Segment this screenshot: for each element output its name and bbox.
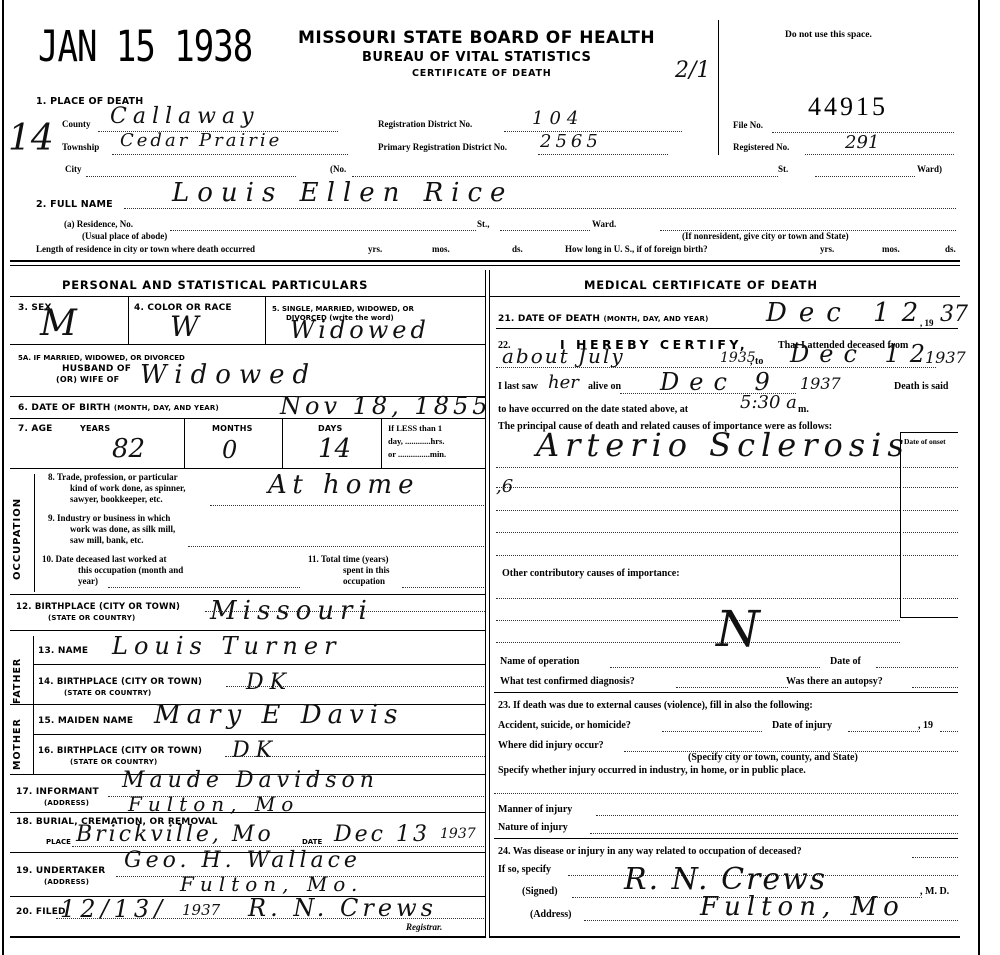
residence-sub: (Usual place of abode) xyxy=(82,231,167,241)
race-marital-divider xyxy=(265,296,266,344)
mother-row-rule xyxy=(33,734,485,735)
time-suffix: m. xyxy=(798,404,809,415)
years-value: 82 xyxy=(112,434,145,464)
file-number: 44915 xyxy=(808,92,888,122)
registrar-label: Registrar. xyxy=(406,922,442,932)
foreign-yrs: yrs. xyxy=(820,244,834,254)
test-line xyxy=(676,687,788,688)
onset-box-top xyxy=(900,432,958,433)
father-birthplace-label: 14. BIRTHPLACE (CITY OR TOWN) xyxy=(38,677,202,687)
signed-label: (Signed) xyxy=(522,886,558,897)
other-line-2 xyxy=(496,620,900,621)
father-row-rule xyxy=(33,664,485,665)
date-of-death-year-prefix: , 19 xyxy=(920,318,934,328)
months-label: MONTHS xyxy=(212,424,253,433)
right-border xyxy=(978,0,980,955)
date-of-death-year: 37 xyxy=(940,302,968,327)
informant-address-label: (ADDRESS) xyxy=(44,799,89,807)
township-value: Cedar Prairie xyxy=(120,130,282,151)
no-label: (No. xyxy=(330,164,346,174)
burial-date: Dec 13 xyxy=(334,822,430,847)
physician-address: Fulton, Mo xyxy=(700,892,905,922)
days-value: 14 xyxy=(318,434,351,464)
cause-line-1b xyxy=(903,467,958,468)
registered-no-value: 291 xyxy=(845,132,879,153)
operation-date-label: Date of xyxy=(830,656,861,667)
column-divider-b xyxy=(489,270,490,938)
operation-line xyxy=(610,667,820,668)
industry-label-c: saw mill, bank, etc. xyxy=(70,535,144,545)
cause-line-4b xyxy=(903,532,958,533)
cause-line-3 xyxy=(496,510,900,511)
medical-heading: MEDICAL CERTIFICATE OF DEATH xyxy=(584,278,818,292)
days-label: DAYS xyxy=(318,424,342,433)
address-label: (Address) xyxy=(530,909,571,920)
informant-line xyxy=(108,796,484,797)
row-rule-3 xyxy=(10,418,485,419)
undertaker-name: Geo. H. Wallace xyxy=(124,848,361,873)
total-time-line xyxy=(402,587,484,588)
registration-district-value: 104 xyxy=(532,108,584,129)
race-value: W xyxy=(170,310,199,343)
father-name-value: Louis Turner xyxy=(112,632,342,660)
mother-name-label: 15. MAIDEN NAME xyxy=(38,716,133,726)
cause-line-2b xyxy=(903,487,958,488)
spouse-value: Widowed xyxy=(140,360,317,390)
dob-label: 6. DATE OF BIRTH (MONTH, DAY, AND YEAR) xyxy=(18,403,219,413)
no-line xyxy=(352,176,778,177)
residence-mos: mos. xyxy=(432,244,450,254)
birthplace-line xyxy=(205,611,485,612)
date-of-death-sub: (MONTH, DAY, AND YEAR) xyxy=(603,315,708,323)
burial-date-label: DATE xyxy=(302,838,322,846)
manner-label: Manner of injury xyxy=(498,804,572,815)
registration-district-label: Registration District No. xyxy=(378,119,472,129)
less-than-day-a: If LESS than 1 xyxy=(388,423,442,433)
township-label: Township xyxy=(62,142,99,152)
autopsy-line xyxy=(912,687,958,688)
personal-heading-rule xyxy=(10,296,485,297)
father-birthplace-sub: (STATE OR COUNTRY) xyxy=(64,689,151,697)
trade-label-b: kind of work done, as spinner, xyxy=(70,483,185,493)
sex-race-divider xyxy=(128,296,129,344)
cause-line-3b xyxy=(903,510,958,511)
foreign-mos: mos. xyxy=(882,244,900,254)
birthplace-sub: (STATE OR COUNTRY) xyxy=(48,614,135,622)
date-of-death-label-text: 21. DATE OF DEATH xyxy=(498,314,600,324)
personal-heading: PERSONAL AND STATISTICAL PARTICULARS xyxy=(62,278,368,292)
filed-year: 1937 xyxy=(182,901,220,919)
county-value: Callaway xyxy=(110,104,260,129)
med-row-rule-1 xyxy=(496,328,958,329)
death-said-label: Death is said xyxy=(894,381,948,392)
dob-sub: (MONTH, DAY, AND YEAR) xyxy=(114,404,219,412)
other-causes-label: Other contributory causes of importance: xyxy=(502,568,680,579)
burial-line xyxy=(72,846,484,847)
medical-heading-rule xyxy=(490,296,960,297)
father-side-label: FATHER xyxy=(12,658,23,704)
marital-label-a: 5. SINGLE, MARRIED, WIDOWED, OR xyxy=(272,305,414,313)
father-name-label: 13. NAME xyxy=(38,646,88,656)
months-value: 0 xyxy=(222,436,237,464)
ward-line xyxy=(815,176,915,177)
med-row-rule-3 xyxy=(494,838,958,839)
occupation-side-label: OCCUPATION xyxy=(12,498,23,580)
operation-label: Name of operation xyxy=(500,656,579,667)
margin-note: 2/1 xyxy=(675,58,710,83)
industry-line xyxy=(188,546,484,547)
where-sub: (Specify city or town, county, and State… xyxy=(688,752,858,763)
spouse-label-b: HUSBAND OF xyxy=(62,364,131,374)
informant-label: 17. INFORMANT xyxy=(16,787,99,797)
left-border xyxy=(2,0,4,955)
city-line xyxy=(86,176,296,177)
sex-value: M xyxy=(40,303,77,344)
date-of-death-value: Dec 12 xyxy=(766,298,930,328)
last-worked-label-b: this occupation (month and xyxy=(78,565,183,575)
birthplace-label: 12. BIRTHPLACE (CITY OR TOWN) xyxy=(16,602,180,612)
trade-label-a: 8. Trade, profession, or particular xyxy=(48,472,178,482)
dob-label-text: 6. DATE OF BIRTH xyxy=(18,403,111,413)
residence-st-label: St., xyxy=(477,219,490,229)
section-divider-top-2 xyxy=(10,265,960,266)
left-margin-note: 14 xyxy=(8,118,54,159)
foreign-birth-label: How long in U. S., if of foreign birth? xyxy=(565,244,708,254)
row-rule-6 xyxy=(10,630,485,631)
mother-side-label: MOTHER xyxy=(12,718,23,770)
other-line-1b xyxy=(903,598,958,599)
occupational-question: 24. Was disease or injury in any way rel… xyxy=(498,846,802,857)
last-saw-pronoun: her xyxy=(548,372,579,393)
spouse-label-c: (OR) WIFE OF xyxy=(56,375,119,384)
other-line-1 xyxy=(496,598,900,599)
form-title: CERTIFICATE OF DEATH xyxy=(412,68,552,79)
external-heading: 23. If death was due to external causes … xyxy=(498,700,813,711)
months-days-divider xyxy=(282,418,283,468)
last-worked-label-c: year) xyxy=(78,576,98,586)
trade-line xyxy=(210,505,484,506)
injury-year-prefix: , 19 xyxy=(918,720,933,731)
operation-date-line xyxy=(876,667,958,668)
industry-label-b: work was done, as silk mill, xyxy=(70,524,175,534)
informant-name: Maude Davidson xyxy=(122,768,379,793)
mother-birthplace-label: 16. BIRTHPLACE (CITY OR TOWN) xyxy=(38,746,202,756)
years-months-divider xyxy=(184,418,185,468)
nature-line xyxy=(590,833,958,834)
occurred-label: to have occurred on the date stated abov… xyxy=(498,404,688,415)
marital-value: Widowed xyxy=(290,316,430,344)
full-name-label: 2. FULL NAME xyxy=(36,199,113,210)
last-saw-label: I last saw xyxy=(498,381,538,392)
onset-box-left xyxy=(900,432,901,617)
nature-label: Nature of injury xyxy=(498,822,568,833)
bureau-title: BUREAU OF VITAL STATISTICS xyxy=(362,50,591,65)
primary-registration-district-label: Primary Registration District No. xyxy=(378,142,507,152)
specify-line xyxy=(494,793,958,794)
residence-yrs: yrs. xyxy=(368,244,382,254)
burial-place-label: PLACE xyxy=(46,838,71,846)
where-label: Where did injury occur? xyxy=(498,740,604,751)
ward-label: Ward) xyxy=(917,164,942,174)
residence-label: (a) Residence, No. xyxy=(64,219,133,229)
occupational-line xyxy=(912,857,958,858)
agency-title: MISSOURI STATE BOARD OF HEALTH xyxy=(298,28,655,48)
section-divider-top xyxy=(10,260,960,262)
alive-on-label: alive on xyxy=(588,381,621,392)
undertaker-line xyxy=(116,876,484,877)
trade-label-c: sawyer, bookkeeper, etc. xyxy=(70,494,163,504)
mother-side-divider xyxy=(33,706,34,774)
if-so-label: If so, specify xyxy=(498,864,551,875)
physician-initial: N xyxy=(716,600,760,658)
mother-name-value: Mary E Davis xyxy=(154,700,403,730)
total-time-label-c: occupation xyxy=(343,576,385,586)
county-label: County xyxy=(62,119,91,129)
principal-cause-value: Arterio Sclerosis xyxy=(536,426,910,464)
attended-to: Dec 12 xyxy=(790,340,935,368)
date-of-death-label: 21. DATE OF DEATH (MONTH, DAY, AND YEAR) xyxy=(498,314,709,324)
father-birthplace-value: DK xyxy=(246,670,292,695)
file-no-label: File No. xyxy=(733,120,763,130)
accident-label: Accident, suicide, or homicide? xyxy=(498,720,631,731)
date-of-injury-label: Date of injury xyxy=(772,720,832,731)
row-rule-5 xyxy=(10,594,485,595)
specify-label: Specify whether injury occurred in indus… xyxy=(498,765,806,776)
burial-place: Brickville, Mo xyxy=(76,822,274,847)
autopsy-label: Was there an autopsy? xyxy=(786,676,883,687)
other-line-3 xyxy=(496,642,900,643)
total-time-label-a: 11. Total time (years) xyxy=(308,554,389,564)
office-use-divider xyxy=(718,20,719,155)
total-time-label-b: spent in this xyxy=(343,565,390,575)
mother-birthplace-value: DK xyxy=(232,738,278,763)
cause-line-5 xyxy=(496,555,900,556)
years-label: YEARS xyxy=(80,424,110,433)
foreign-ds: ds. xyxy=(945,244,956,254)
med-row-rule-2 xyxy=(494,692,958,693)
cause-line-1 xyxy=(496,467,900,468)
days-less-divider xyxy=(381,418,382,468)
row-rule-4 xyxy=(10,468,485,469)
filed-label: 20. FILED xyxy=(16,907,66,917)
attended-from: about July xyxy=(502,344,625,368)
row-rule-1 xyxy=(10,344,485,345)
burial-year: 1937 xyxy=(440,826,476,842)
less-than-day-c: or ...............min. xyxy=(388,449,446,459)
registered-no-line xyxy=(805,154,954,155)
undertaker-address-label: (ADDRESS) xyxy=(44,878,89,886)
full-name-value: Louis Ellen Rice xyxy=(172,178,513,208)
manner-line xyxy=(596,815,958,816)
residence-ward-line xyxy=(500,230,590,231)
full-name-line xyxy=(124,208,956,209)
date-of-onset-label: Date of onset xyxy=(904,437,946,446)
row-rule-9 xyxy=(10,812,485,813)
city-label: City xyxy=(65,164,82,174)
column-divider-a xyxy=(485,270,486,938)
father-birthplace-line xyxy=(226,686,484,687)
age-label: 7. AGE xyxy=(18,424,53,434)
nonresident-note: (If nonresident, give city or town and S… xyxy=(682,231,849,241)
attended-to-year: 1937 xyxy=(925,348,966,367)
accident-line xyxy=(662,731,762,732)
length-of-residence-label: Length of residence in city or town wher… xyxy=(36,244,255,254)
primary-registration-district-value: 2565 xyxy=(540,131,602,152)
filed-line xyxy=(56,918,484,919)
last-saw-year: 1937 xyxy=(800,374,841,393)
last-worked-label-a: 10. Date deceased last worked at xyxy=(42,554,166,564)
address-line xyxy=(584,920,958,921)
last-worked-line xyxy=(108,587,300,588)
date-of-injury-line xyxy=(848,731,920,732)
undertaker-label: 19. UNDERTAKER xyxy=(16,866,105,876)
onset-box-bottom xyxy=(900,617,958,618)
cause-line-5b xyxy=(903,555,958,556)
cause-line-2 xyxy=(496,487,900,488)
trade-value: At home xyxy=(268,470,419,500)
father-side-divider xyxy=(33,636,34,706)
time-of-death: 5:30 a xyxy=(740,392,797,413)
residence-line xyxy=(170,230,476,231)
bottom-rule-right xyxy=(490,936,960,938)
injury-year-line xyxy=(940,731,958,732)
to-label: , to xyxy=(750,356,763,367)
md-label: , M. D. xyxy=(920,886,949,897)
cause-line-4 xyxy=(496,532,900,533)
st-label: St. xyxy=(778,164,788,174)
primary-registration-district-line xyxy=(538,154,668,155)
registered-no-label: Registered No. xyxy=(733,142,789,152)
received-date-stamp: JAN 15 1938 xyxy=(38,22,252,72)
office-use-notice: Do not use this space. xyxy=(785,30,872,40)
mother-birthplace-line xyxy=(225,756,485,757)
dob-value: Nov 18, 1855 xyxy=(280,392,492,420)
residence-ds: ds. xyxy=(512,244,523,254)
occupation-side-divider xyxy=(34,474,35,592)
test-label: What test confirmed diagnosis? xyxy=(500,676,635,687)
township-line xyxy=(112,154,348,155)
residence-ward-label: Ward. xyxy=(592,219,616,229)
mother-birthplace-sub: (STATE OR COUNTRY) xyxy=(70,758,157,766)
bottom-rule-left xyxy=(10,936,485,938)
less-than-day-b: day, ............hrs. xyxy=(388,436,444,446)
industry-label-a: 9. Industry or business in which xyxy=(48,513,170,523)
